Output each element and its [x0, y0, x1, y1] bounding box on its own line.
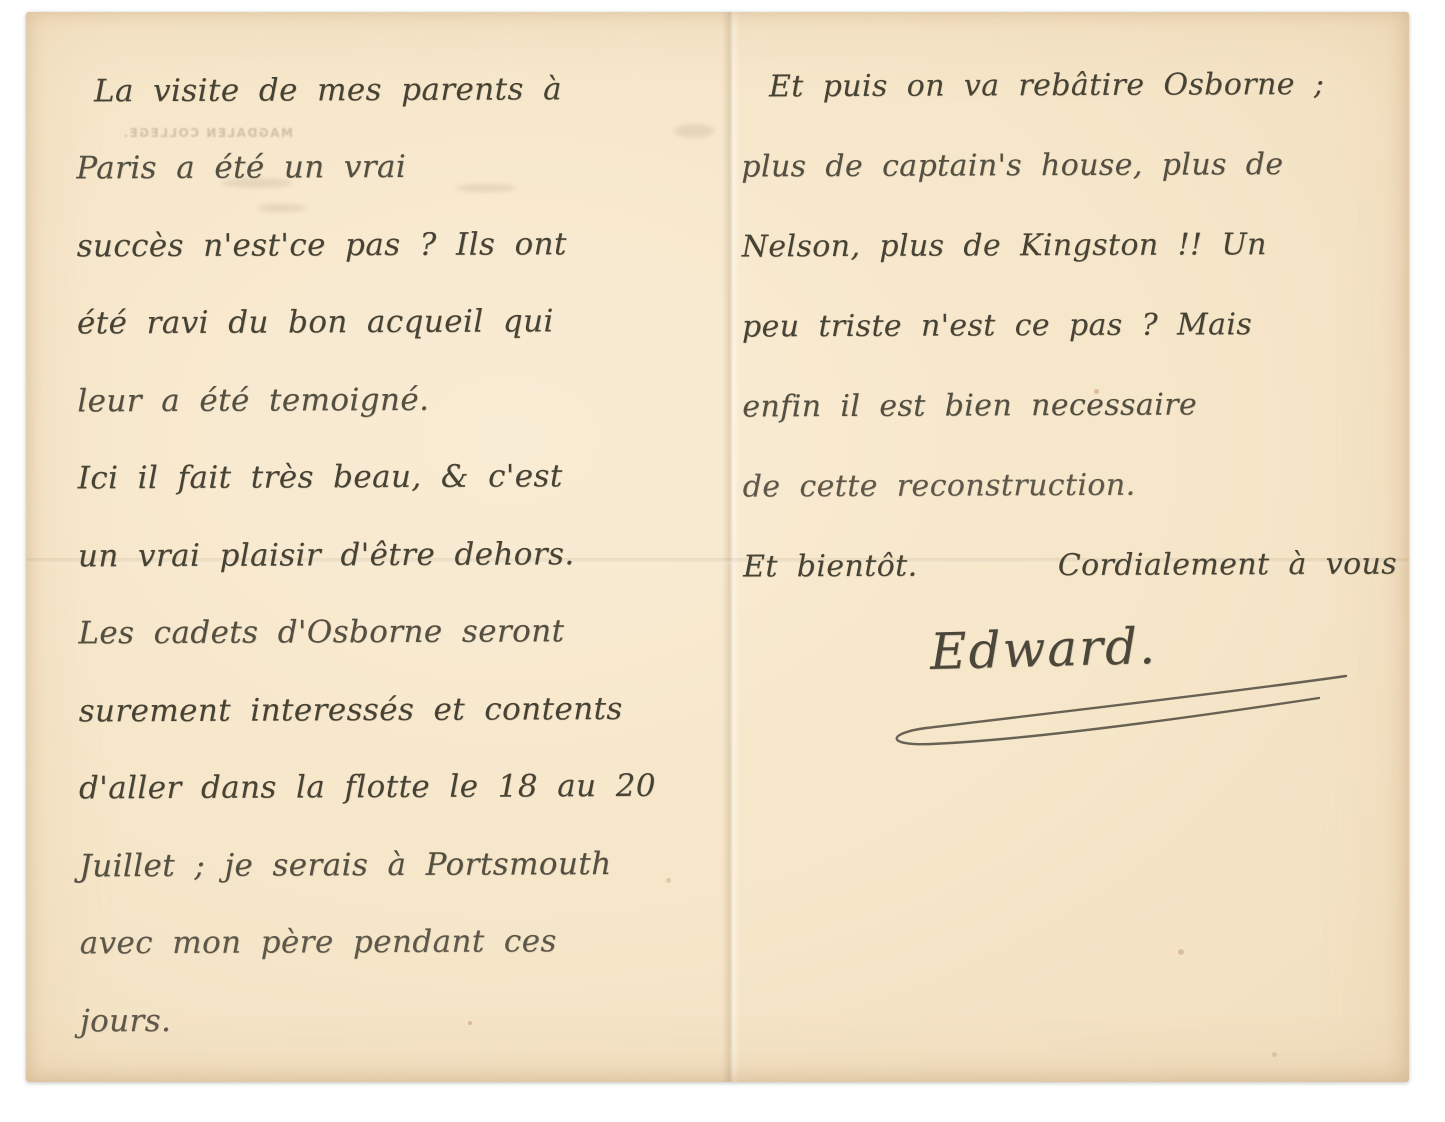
foxing-spot: [1272, 1052, 1277, 1057]
closing-phrase: Et bientôt.: [743, 548, 918, 584]
letter-line: leur a été temoigné.: [77, 360, 719, 440]
letter-line: Ici il fait très beau, & c'est: [77, 437, 719, 517]
letter-line: Juillet ; je serais à Portsmouth: [79, 825, 721, 905]
letter-line: surement interessés et contents: [79, 670, 721, 750]
letter-page-right: Et puis on va rebâtire Osborne ; plus de…: [741, 44, 1403, 607]
letter-line: Les cadets d'Osborne seront: [78, 592, 720, 672]
letter-line: un vrai plaisir d'être dehors.: [78, 515, 720, 595]
vertical-fold-crease: [722, 12, 740, 1082]
letter-line: succès n'est'ce pas ? Ils ont: [76, 205, 718, 285]
signature-flourish-icon: [874, 668, 1354, 758]
letter-line: peu triste n'est ce pas ? Mais: [742, 284, 1402, 367]
letter-line: Paris a été un vrai: [76, 127, 718, 207]
letter-line: Et puis on va rebâtire Osborne ;: [741, 44, 1401, 127]
letter-line: La visite de mes parents à: [76, 50, 718, 130]
letter-page-left: La visite de mes parents à Paris a été u…: [76, 50, 722, 1060]
letter-line: plus de captain's house, plus de: [741, 124, 1401, 207]
letter-line: été ravi du bon acqueil qui: [77, 282, 719, 362]
letter-line: d'aller dans la flotte le 18 au 20: [79, 747, 721, 827]
letter-line: enfin il est bien necessaire: [742, 364, 1402, 447]
letter-line: de cette reconstruction.: [743, 444, 1403, 527]
scanned-letter: MAGDALEN COLLEGE. La visite de mes paren…: [0, 0, 1445, 1122]
letter-line: jours.: [80, 980, 722, 1060]
letter-line: avec mon père pendant ces: [80, 902, 722, 982]
letter-line: Nelson, plus de Kingston !! Un: [741, 204, 1401, 287]
signature-block: Edward.: [880, 612, 1370, 742]
valediction: Cordialement à vous: [1058, 546, 1397, 582]
foxing-spot: [1178, 949, 1184, 955]
closing-line: Et bientôt. Cordialement à vous: [743, 524, 1403, 607]
